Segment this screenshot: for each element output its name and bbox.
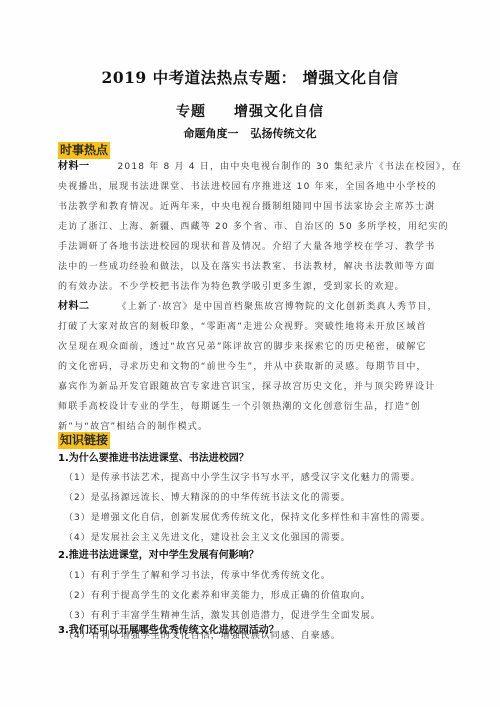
material-two-line: 新”与“故宫”相结合的制作模式。: [58, 417, 442, 437]
material-one-line: 书法教学和教育情况。近两年来，中央电视台摄制组随同中国书法家协会主席苏士澍: [58, 197, 442, 217]
answer-item: （1）有利于学生了解和学习书法，传承中华优秀传统文化。: [64, 568, 331, 584]
material-one-line: 法中的一些成功经验和做法，以及在落实书法教室、书法教材，解决书法教师等方面: [58, 257, 442, 277]
material-one-label: 材料一: [58, 161, 90, 172]
answer-item: （3）有利于丰富学生精神生活，激发其创造潜力，促进学生全面发展。: [64, 608, 381, 624]
subtitle-topic-label: 专题: [176, 104, 206, 120]
material-one-line: 的有效办法。不少学校把书法作为特色教学吸引更多生源，受到家长的欢迎。: [58, 277, 442, 297]
answer-item: （2）是弘扬源远流长、博大精深的的中华传统书法文化的需要。: [64, 490, 351, 506]
material-two-line: 的文化密码，寻求历史和文物的“前世今生”，并从中获取新的灵感。每期节目中，: [58, 357, 442, 377]
material-two-line: 材料二《上新了·故宫》是中国首档聚焦故宫博物院的文化创新类真人秀节目，: [58, 297, 442, 317]
answer-item: （4）是发展社会主义先进文化，建设社会主义文化强国的需要。: [64, 530, 351, 546]
angle-label: 命题角度一: [184, 127, 239, 140]
subtitle-topic-name: 增强文化自信: [234, 104, 324, 120]
material-two-line: 师联手高校设计专业的学生，每期诞生一个引领热潮的文化创意衍生品，打造“创: [58, 397, 442, 417]
answer-item: （2）有利于提高学生的文化素养和审美能力，形成正确的价值取向。: [64, 588, 371, 604]
material-two: 材料二《上新了·故宫》是中国首档聚焦故宫博物院的文化创新类真人秀节目， 打破了大…: [58, 297, 442, 437]
document-subtitle: 专题增强文化自信: [0, 101, 500, 121]
material-one-line: 材料一2018 年 8 月 4 日，由中央电视台制作的 30 集纪录片《书法在校…: [58, 157, 442, 177]
document-page: 2019 中考道法热点专题： 增强文化自信 专题增强文化自信 命题角度一弘扬传统…: [0, 0, 500, 707]
material-two-label: 材料二: [58, 301, 90, 312]
material-two-line: 嘉宾作为新品开发官跟随故宫专家进宫识宝，探寻故宫历史文化，并与顶尖跨界设计: [58, 377, 442, 397]
proposition-angle: 命题角度一弘扬传统文化: [0, 125, 500, 141]
material-one-line: 手法调研了各地书法进校园的现状和普及情况。介绍了大量各地学校在学习、教学书: [58, 237, 442, 257]
material-one-line: 走访了浙江、上海、新疆、西藏等 20 多个省、市、自治区的 50 多所学校，用纪…: [58, 217, 442, 237]
answer-item: （1）是传承书法艺术，提高中小学生汉字书写水平，感受汉字文化魅力的需要。: [64, 470, 421, 486]
section-heading-knowledge-link: 知识链接: [58, 432, 110, 449]
material-one-line: 央视播出，展现书法进课堂、书法进校园有序推进这 10 年来，全国各地中小学校的: [58, 177, 442, 197]
answer-item: （3）是增强文化自信，创新发展优秀传统文化，保持文化多样性和丰富性的需要。: [64, 510, 431, 526]
question-3: 3.我们还可以开展哪些优秀传统文化进校园活动？: [58, 623, 279, 639]
material-two-line: 次呈现在观众面前，透过“故宫兄弟”陈评故宫的脚步来探索它的历史秘密，破解它: [58, 337, 442, 357]
angle-name: 弘扬传统文化: [251, 127, 317, 140]
document-title: 2019 中考道法热点专题： 增强文化自信: [0, 66, 500, 88]
question-1: 1.为什么要推进书法进课堂、书法进校园？: [58, 451, 249, 467]
question-2: 2.推进书法进课堂，对中学生发展有何影响？: [58, 548, 259, 564]
material-two-line: 打破了大家对故宫的刻板印象，“零距离”走进公众视野。突破性地将未开放区域首: [58, 317, 442, 337]
material-one: 材料一2018 年 8 月 4 日，由中央电视台制作的 30 集纪录片《书法在校…: [58, 157, 442, 297]
